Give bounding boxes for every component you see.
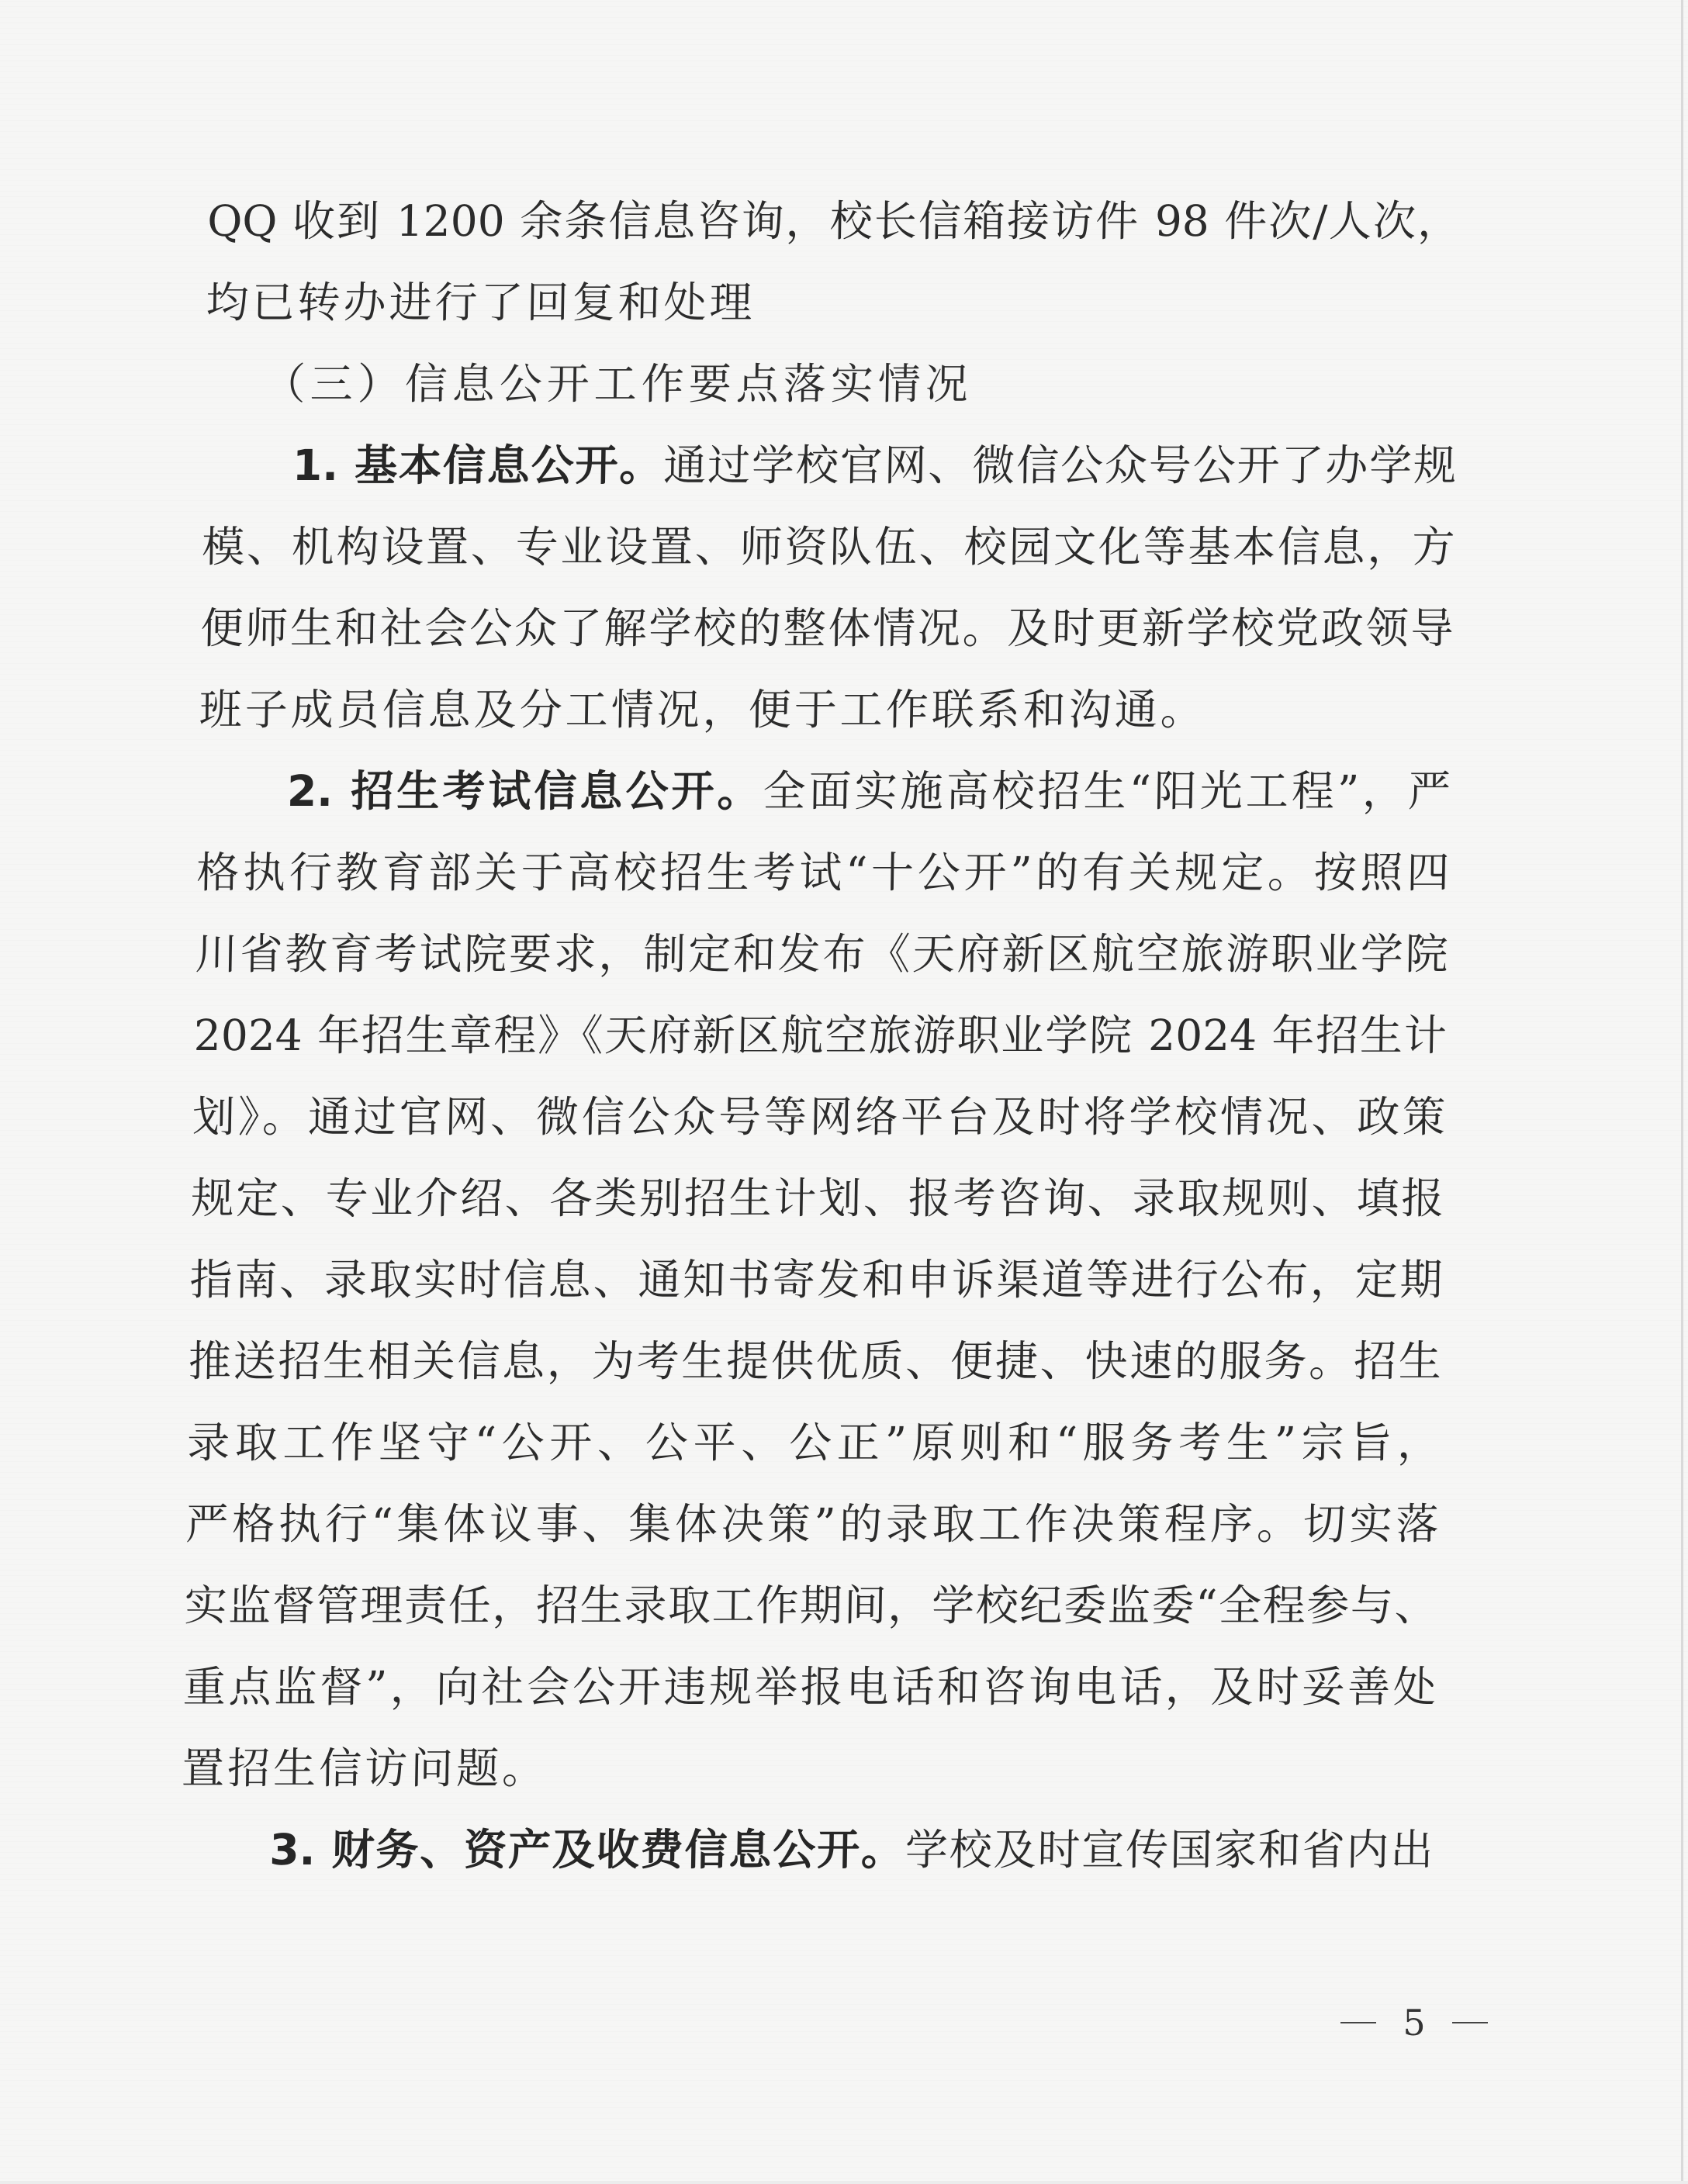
line-text: 格执行教育部关于高校招生考试“十公开”的有关规定。按照四 (196, 848, 1450, 897)
line-text: 班子成员信息及分工情况，便于工作联系和沟通。 (199, 685, 1206, 734)
text-line: 划》。通过官网、微信公众号等网络平台及时将学校情况、政策 (192, 1090, 1446, 1144)
text-line: QQ 收到 1200 余条信息咨询，校长信箱接访件 98 件次/人次， (207, 194, 1461, 248)
text-line: 模、机构设置、专业设置、师资队伍、校园文化等基本信息，方 (202, 520, 1455, 574)
line-text: 规定、专业介绍、各类别招生计划、报考咨询、录取规则、填报 (191, 1173, 1444, 1223)
page-number-value: 5 (1403, 2002, 1425, 2044)
text-line: 置招生信访问题。 (182, 1741, 1435, 1795)
line-text: 录取工作坚守“公开、公平、公正”原则和“服务考生”宗旨， (187, 1418, 1441, 1467)
line-text: 划》。通过官网、微信公众号等网络平台及时将学校情况、政策 (192, 1092, 1446, 1142)
line-text: 川省教育考试院要求，制定和发布《天府新区航空旅游职业学院 (195, 929, 1448, 979)
page-number: 5 (1340, 1999, 1488, 2046)
text-line: 2024 年招生章程》《天府新区航空旅游职业学院 2024 年招生计 (193, 1008, 1447, 1063)
line-text: 置招生信访问题。 (182, 1743, 548, 1793)
text-line: 班子成员信息及分工情况，便于工作联系和沟通。 (199, 682, 1452, 737)
page-number-dash-left (1340, 2022, 1376, 2023)
line-text: 2024 年招生章程》《天府新区航空旅游职业学院 2024 年招生计 (193, 1011, 1447, 1060)
line-text: 学校及时宣传国家和省内出 (905, 1825, 1434, 1875)
page-number-dash-right (1452, 2022, 1488, 2023)
text-line: 川省教育考试院要求，制定和发布《天府新区航空旅游职业学院 (195, 927, 1448, 981)
text-line: 指南、录取实时信息、通知书寄发和申诉渠道等进行公布，定期 (189, 1253, 1443, 1307)
section-heading-text: （三）信息公开工作要点落实情况 (262, 359, 973, 409)
line-text: 便师生和社会公众了解学校的整体情况。及时更新学校党政领导 (200, 603, 1454, 653)
line-text: 模、机构设置、专业设置、师资队伍、校园文化等基本信息，方 (202, 522, 1455, 572)
line-text: 全面实施高校招生“阳光工程”，严 (763, 766, 1451, 816)
text-line: 格执行教育部关于高校招生考试“十公开”的有关规定。按照四 (196, 845, 1450, 900)
text-line: 均已转办进行了回复和处理 (206, 275, 1459, 330)
text-line: 3. 财务、资产及收费信息公开。学校及时宣传国家和省内出 (180, 1823, 1434, 1877)
text-line: 便师生和社会公众了解学校的整体情况。及时更新学校党政领导 (200, 601, 1454, 655)
scanned-page: QQ 收到 1200 余条信息咨询，校长信箱接访件 98 件次/人次， 均已转办… (0, 0, 1688, 2184)
line-text: 推送招生相关信息，为考生提供优质、便捷、快速的服务。招生 (188, 1336, 1441, 1386)
text-line: 1. 基本信息公开。通过学校官网、微信公众号公开了办学规 (202, 438, 1456, 492)
text-line: 重点监督”，向社会公开违规举报电话和咨询电话，及时妥善处 (182, 1660, 1436, 1714)
text-line: 严格执行“集体议事、集体决策”的录取工作决策程序。切实落 (185, 1497, 1439, 1551)
line-text: 指南、录取实时信息、通知书寄发和申诉渠道等进行公布，定期 (189, 1255, 1443, 1305)
text-line: 推送招生相关信息，为考生提供优质、便捷、快速的服务。招生 (188, 1334, 1441, 1388)
line-text: QQ 收到 1200 余条信息咨询，校长信箱接访件 98 件次/人次， (207, 196, 1461, 246)
item-title: 2. 招生考试信息公开。 (287, 766, 764, 816)
body-text: QQ 收到 1200 余条信息咨询，校长信箱接访件 98 件次/人次， 均已转办… (179, 0, 1464, 1939)
item-title: 1. 基本信息公开。 (292, 441, 664, 490)
page-edge-right (1681, 0, 1683, 2184)
line-text: 通过学校官网、微信公众号公开了办学规 (663, 441, 1457, 490)
line-text: 严格执行“集体议事、集体决策”的录取工作决策程序。切实落 (185, 1499, 1439, 1549)
text-line: 2. 招生考试信息公开。全面实施高校招生“阳光工程”，严 (198, 764, 1451, 818)
page-edge-bottom (0, 2181, 1688, 2184)
line-text: 实监督管理责任，招生录取工作期间，学校纪委监委“全程参与、 (184, 1581, 1437, 1630)
text-line: 录取工作坚守“公开、公平、公正”原则和“服务考生”宗旨， (187, 1415, 1441, 1470)
section-heading: （三）信息公开工作要点落实情况 (204, 357, 1458, 411)
line-text: 重点监督”，向社会公开违规举报电话和咨询电话，及时妥善处 (182, 1662, 1436, 1712)
text-line: 规定、专业介绍、各类别招生计划、报考咨询、录取规则、填报 (191, 1171, 1444, 1225)
text-line: 实监督管理责任，招生录取工作期间，学校纪委监委“全程参与、 (184, 1578, 1437, 1633)
item-title: 3. 财务、资产及收费信息公开。 (269, 1825, 906, 1875)
line-text: 均已转办进行了回复和处理 (206, 278, 756, 327)
